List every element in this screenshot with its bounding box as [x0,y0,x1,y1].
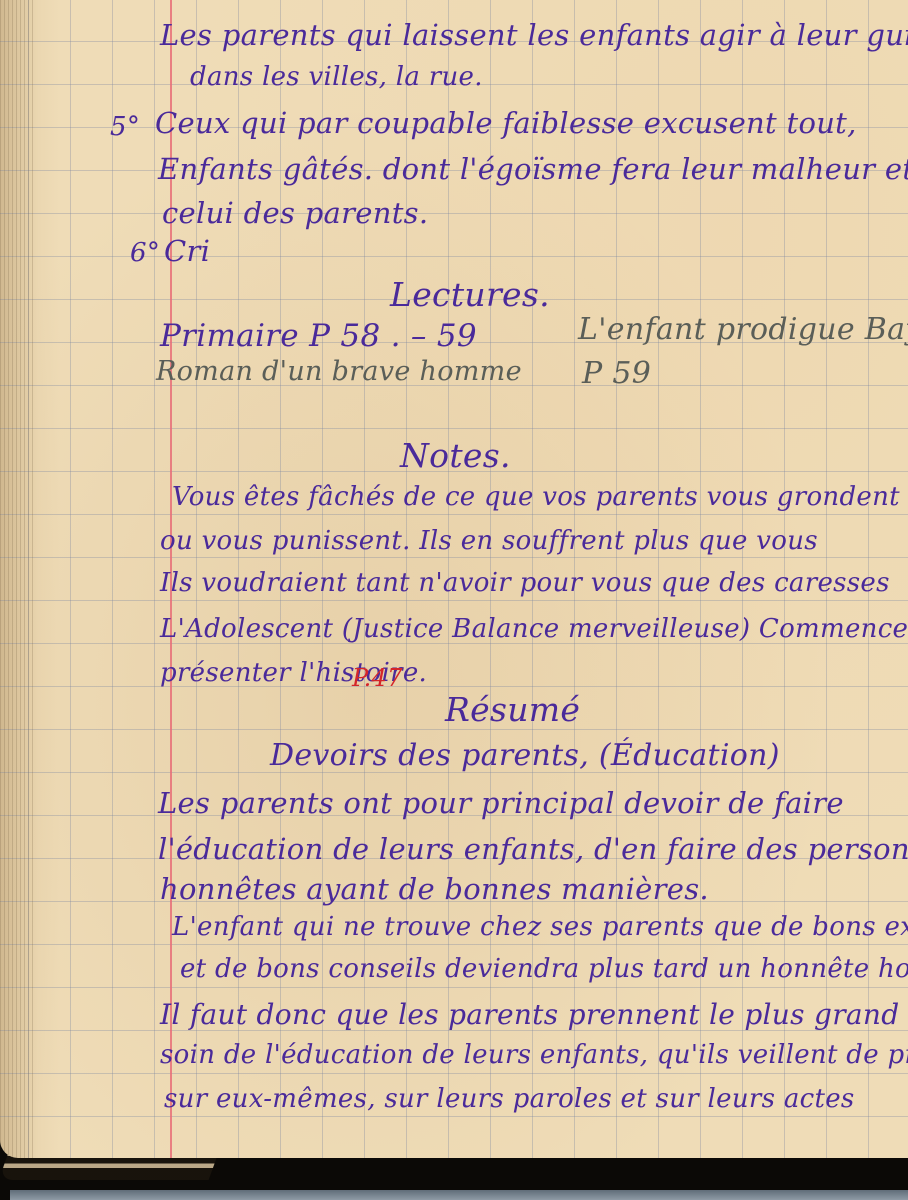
lectures-row-2-left: Roman d'un brave homme [156,356,522,387]
notes-line-4: L'Adolescent (Justice Balance merveilleu… [160,614,908,644]
resume-line-4: L'enfant qui ne trouve chez ses parents … [172,912,908,942]
resume-line-1: Les parents ont pour principal devoir de… [158,786,844,820]
resume-subheading: Devoirs des parents, (Éducation) [270,738,780,773]
lectures-row-1-left: Primaire P 58 . – 59 [160,318,477,354]
resume-heading: Résumé [445,690,580,729]
notebook-page: Les parents qui laissent les enfants agi… [0,0,908,1158]
red-page-reference: P.47 [352,664,403,692]
notes-line-3: Ils voudraient tant n'avoir pour vous qu… [160,568,890,598]
resume-line-8: sur eux-mêmes, sur leurs paroles et sur … [164,1084,855,1114]
notes-line-2: ou vous punissent. Ils en souffrent plus… [160,526,818,556]
item-5-marker: 5° [110,112,140,142]
notebook-scan: Les parents qui laissent les enfants agi… [0,0,908,1200]
page-edge-gutter [0,0,34,1158]
item-5-line-2: Enfants gâtés. dont l'égoïsme fera leur … [158,152,908,186]
resume-line-2: l'éducation de leurs enfants, d'en faire… [158,832,908,866]
item-6-marker: 6° [130,238,160,268]
notes-heading: Notes. [400,436,511,475]
text-line-2: dans les villes, la rue. [190,62,483,92]
lectures-row-2-right: P 59 [582,356,651,391]
desk-background [10,1190,908,1200]
text-line-1: Les parents qui laissent les enfants agi… [160,18,908,52]
item-5-line-1: Ceux qui par coupable faiblesse excusent… [155,106,857,140]
lectures-row-1-right: L'enfant prodigue Bay [578,312,908,347]
resume-line-6: Il faut donc que les parents prennent le… [160,998,899,1031]
item-5-line-3: celui des parents. [162,196,428,230]
resume-line-5: et de bons conseils deviendra plus tard … [180,954,908,984]
notes-line-1: Vous êtes fâchés de ce que vos parents v… [172,482,900,512]
resume-line-3: honnêtes ayant de bonnes manières. [160,872,709,906]
lectures-heading: Lectures. [390,275,550,314]
resume-line-7: soin de l'éducation de leurs enfants, qu… [160,1040,908,1070]
item-6-text: Cri [164,234,210,268]
